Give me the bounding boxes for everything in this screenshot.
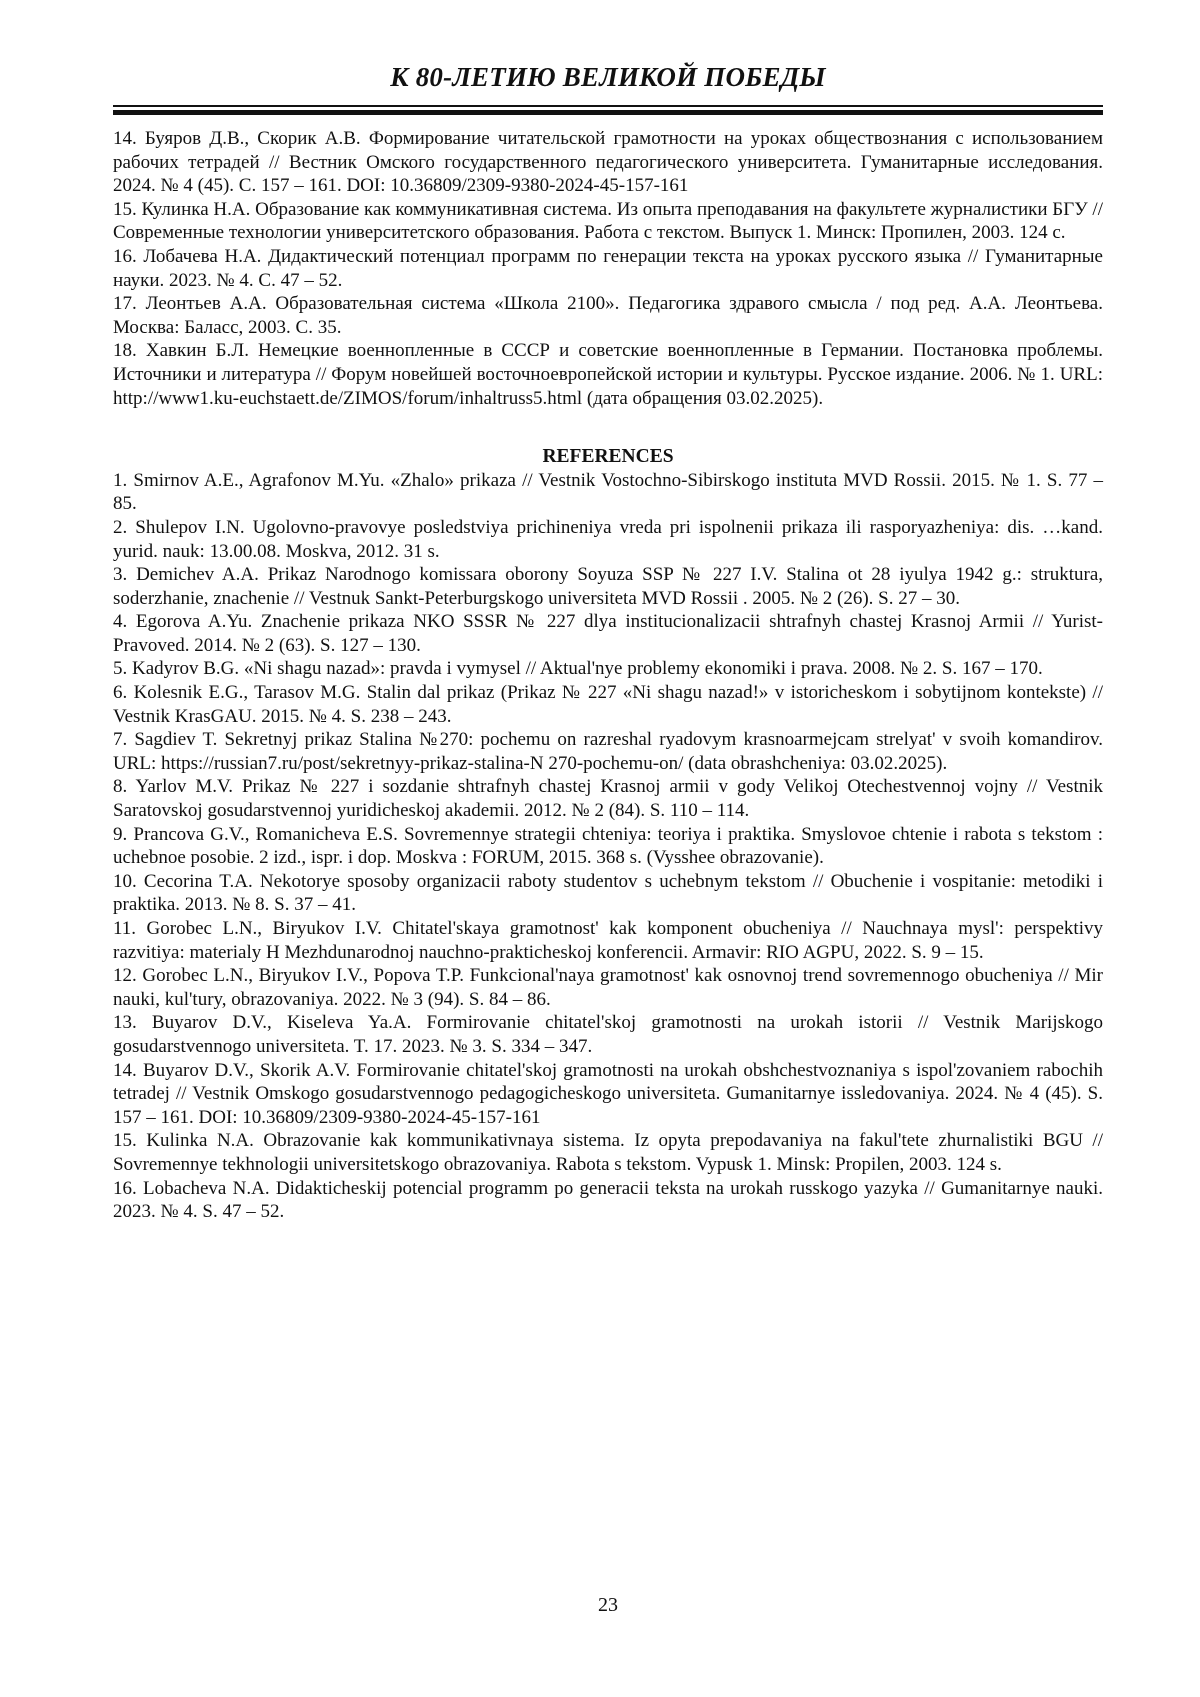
reference-item: 1. Smirnov A.E., Agrafonov M.Yu. «Zhalo»… [113, 469, 1103, 516]
journal-page: К 80-ЛЕТИЮ ВЕЛИКОЙ ПОБЕДЫ 14. Буяров Д.В… [0, 0, 1200, 1697]
reference-item: 2. Shulepov I.N. Ugolovno-pravovye posle… [113, 516, 1103, 563]
reference-item: 3. Demichev A.A. Prikaz Narodnogo komiss… [113, 563, 1103, 610]
reference-item: 14. Буяров Д.В., Скорик А.В. Формировани… [113, 127, 1103, 198]
page-number: 23 [113, 1594, 1103, 1617]
references-heading: REFERENCES [113, 445, 1103, 469]
reference-item: 16. Lobacheva N.A. Didakticheskij potenc… [113, 1177, 1103, 1224]
header-rule-thin [113, 105, 1103, 107]
reference-item: 4. Egorova A.Yu. Znachenie prikaza NKO S… [113, 610, 1103, 657]
reference-item: 15. Kulinka N.A. Obrazovanie kak kommuni… [113, 1129, 1103, 1176]
reference-item: 17. Леонтьев А.А. Образовательная систем… [113, 292, 1103, 339]
reference-item: 13. Buyarov D.V., Kiseleva Ya.A. Formiro… [113, 1011, 1103, 1058]
header-rule-thick [113, 110, 1103, 115]
reference-item: 8. Yarlov M.V. Prikaz № 227 i sozdanie s… [113, 775, 1103, 822]
reference-item: 7. Sagdiev T. Sekretnyj prikaz Stalina №… [113, 728, 1103, 775]
reference-item: 9. Prancova G.V., Romanicheva E.S. Sovre… [113, 823, 1103, 870]
reference-item: 14. Buyarov D.V., Skorik A.V. Formirovan… [113, 1059, 1103, 1130]
reference-item: 12. Gorobec L.N., Biryukov I.V., Popova … [113, 964, 1103, 1011]
reference-item: 11. Gorobec L.N., Biryukov I.V. Chitatel… [113, 917, 1103, 964]
reference-item: 16. Лобачева Н.А. Дидактический потенциа… [113, 245, 1103, 292]
bibliography-body: 14. Буяров Д.В., Скорик А.В. Формировани… [113, 127, 1103, 1224]
russian-reference-list: 14. Буяров Д.В., Скорик А.В. Формировани… [113, 127, 1103, 410]
transliterated-reference-list: 1. Smirnov A.E., Agrafonov M.Yu. «Zhalo»… [113, 469, 1103, 1224]
reference-item: 10. Cecorina T.A. Nekotorye sposoby orga… [113, 870, 1103, 917]
running-title: К 80-ЛЕТИЮ ВЕЛИКОЙ ПОБЕДЫ [113, 62, 1103, 93]
reference-item: 5. Kadyrov B.G. «Ni shagu nazad»: pravda… [113, 657, 1103, 681]
reference-item: 15. Кулинка Н.А. Образование как коммуни… [113, 198, 1103, 245]
reference-item: 18. Хавкин Б.Л. Немецкие военнопленные в… [113, 339, 1103, 410]
reference-item: 6. Kolesnik E.G., Tarasov M.G. Stalin da… [113, 681, 1103, 728]
